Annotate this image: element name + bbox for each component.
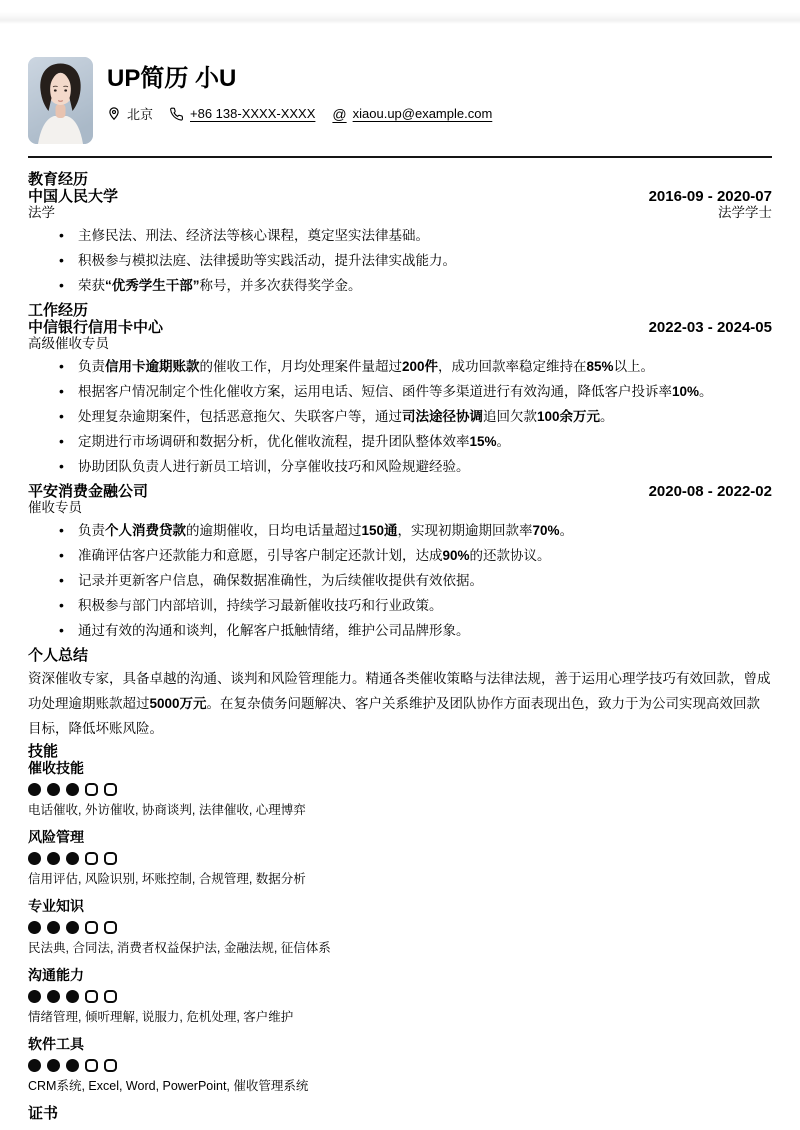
bullet-item: 负责个人消费贷款的逾期催收，日均电话量超过150通，实现初期逾期回款率70%。 bbox=[28, 522, 772, 539]
skill-dot-empty bbox=[85, 852, 98, 865]
skill-dot-filled bbox=[66, 1059, 79, 1072]
skill-group-name: 专业知识 bbox=[28, 898, 772, 915]
major: 法学 bbox=[28, 205, 55, 221]
skill-keywords: CRM系统, Excel, Word, PowerPoint, 催收管理系统 bbox=[28, 1078, 772, 1094]
skill-group: 软件工具CRM系统, Excel, Word, PowerPoint, 催收管理… bbox=[28, 1036, 772, 1094]
skill-keywords: 民法典, 合同法, 消费者权益保护法, 金融法规, 征信体系 bbox=[28, 940, 772, 956]
skill-dot-filled bbox=[28, 783, 41, 796]
job-entry-head: 平安消费金融公司2020-08 - 2022-02 bbox=[28, 483, 772, 500]
skill-dot-filled bbox=[66, 990, 79, 1003]
job-entry-head: 中信银行信用卡中心2022-03 - 2024-05 bbox=[28, 319, 772, 336]
company-name: 平安消费金融公司 bbox=[28, 483, 148, 500]
skill-dot-filled bbox=[28, 852, 41, 865]
section-title-certificates: 证书 bbox=[28, 1105, 772, 1122]
job-entry-sub: 催收专员 bbox=[28, 500, 772, 516]
phone-icon bbox=[170, 107, 184, 121]
skill-group-name: 沟通能力 bbox=[28, 967, 772, 984]
skill-dot-filled bbox=[47, 921, 60, 934]
section-education: 教育经历 中国人民大学 2016-09 - 2020-07 法学 法学学士 主修… bbox=[28, 171, 772, 294]
skill-dot-empty bbox=[104, 852, 117, 865]
job-role: 催收专员 bbox=[28, 500, 82, 516]
contact-row: 北京 +86 138-XXXX-XXXX @ xiaou.up@example.… bbox=[107, 104, 492, 123]
skill-dot-filled bbox=[66, 852, 79, 865]
education-bullets: 主修民法、刑法、经济法等核心课程，奠定坚实法律基础。积极参与模拟法庭、法律援助等… bbox=[28, 227, 772, 294]
profile-photo-image bbox=[28, 57, 93, 144]
skill-dot-filled bbox=[47, 990, 60, 1003]
skill-group: 沟通能力情绪管理, 倾听理解, 说服力, 危机处理, 客户维护 bbox=[28, 967, 772, 1025]
job-entry-sub: 高级催收专员 bbox=[28, 336, 772, 352]
skill-group: 风险管理信用评估, 风险识别, 坏账控制, 合规管理, 数据分析 bbox=[28, 829, 772, 887]
job-dates: 2020-08 - 2022-02 bbox=[649, 483, 772, 500]
section-title-skills: 技能 bbox=[28, 743, 772, 760]
skill-group-list: 催收技能电话催收, 外访催收, 协商谈判, 法律催收, 心理博弈风险管理信用评估… bbox=[28, 760, 772, 1094]
skill-dot-empty bbox=[104, 1059, 117, 1072]
skill-dot-filled bbox=[66, 783, 79, 796]
section-certificates: 证书 bbox=[28, 1105, 772, 1122]
skill-level-dots bbox=[28, 783, 772, 796]
job-bullets: 负责信用卡逾期账款的催收工作，月均处理案件量超过200件，成功回款率稳定维持在8… bbox=[28, 358, 772, 475]
job-dates: 2022-03 - 2024-05 bbox=[649, 319, 772, 336]
profile-photo bbox=[28, 57, 93, 144]
section-summary: 个人总结 资深催收专家，具备卓越的沟通、谈判和风险管理能力。精通各类催收策略与法… bbox=[28, 647, 772, 741]
skill-group: 专业知识民法典, 合同法, 消费者权益保护法, 金融法规, 征信体系 bbox=[28, 898, 772, 956]
skill-dot-empty bbox=[85, 921, 98, 934]
company-name: 中信银行信用卡中心 bbox=[28, 319, 163, 336]
header-divider bbox=[28, 156, 772, 158]
skill-keywords: 电话催收, 外访催收, 协商谈判, 法律催收, 心理博弈 bbox=[28, 802, 772, 818]
section-title-summary: 个人总结 bbox=[28, 647, 772, 664]
section-skills: 技能 催收技能电话催收, 外访催收, 协商谈判, 法律催收, 心理博弈风险管理信… bbox=[28, 743, 772, 1094]
bullet-item: 协助团队负责人进行新员工培训，分享催收技巧和风险规避经验。 bbox=[28, 458, 772, 475]
bullet-item: 荣获“优秀学生干部”称号，并多次获得奖学金。 bbox=[28, 277, 772, 294]
header-identity: UP简历 小U 北京 +86 138-XXXX-XXXX @ bbox=[107, 57, 492, 144]
skill-keywords: 情绪管理, 倾听理解, 说服力, 危机处理, 客户维护 bbox=[28, 1009, 772, 1025]
skill-dot-empty bbox=[104, 783, 117, 796]
skill-level-dots bbox=[28, 921, 772, 934]
bullet-item: 负责信用卡逾期账款的催收工作，月均处理案件量超过200件，成功回款率稳定维持在8… bbox=[28, 358, 772, 375]
bullet-item: 根据客户情况制定个性化催收方案，运用电话、短信、函件等多渠道进行有效沟通，降低客… bbox=[28, 383, 772, 400]
location-pin-icon bbox=[107, 106, 121, 121]
bullet-item: 通过有效的沟通和谈判，化解客户抵触情绪，维护公司品牌形象。 bbox=[28, 622, 772, 639]
skill-dot-filled bbox=[47, 783, 60, 796]
bullet-item: 记录并更新客户信息，确保数据准确性，为后续催收提供有效依据。 bbox=[28, 572, 772, 589]
bullet-item: 准确评估客户还款能力和意愿，引导客户制定还款计划，达成90%的还款协议。 bbox=[28, 547, 772, 564]
skill-group-name: 风险管理 bbox=[28, 829, 772, 846]
skill-level-dots bbox=[28, 990, 772, 1003]
skill-level-dots bbox=[28, 1059, 772, 1072]
bullet-item: 积极参与部门内部培训，持续学习最新催收技巧和行业政策。 bbox=[28, 597, 772, 614]
skill-level-dots bbox=[28, 852, 772, 865]
summary-text: 资深催收专家，具备卓越的沟通、谈判和风险管理能力。精通各类催收策略与法律法规，善… bbox=[28, 666, 772, 741]
skill-dot-empty bbox=[85, 1059, 98, 1072]
skill-group-name: 催收技能 bbox=[28, 760, 772, 777]
job-bullets: 负责个人消费贷款的逾期催收，日均电话量超过150通，实现初期逾期回款率70%。准… bbox=[28, 522, 772, 639]
location-text: 北京 bbox=[127, 104, 153, 123]
skill-dot-filled bbox=[47, 852, 60, 865]
job-entry: 中信银行信用卡中心2022-03 - 2024-05高级催收专员负责信用卡逾期账… bbox=[28, 319, 772, 475]
skill-group-name: 软件工具 bbox=[28, 1036, 772, 1053]
skill-dot-filled bbox=[66, 921, 79, 934]
email-text: xiaou.up@example.com bbox=[353, 106, 493, 121]
skill-dot-filled bbox=[28, 921, 41, 934]
education-dates: 2016-09 - 2020-07 bbox=[649, 188, 772, 205]
education-entry-head: 中国人民大学 2016-09 - 2020-07 bbox=[28, 188, 772, 205]
job-entry: 平安消费金融公司2020-08 - 2022-02催收专员负责个人消费贷款的逾期… bbox=[28, 483, 772, 639]
page-top-shadow bbox=[0, 12, 800, 24]
section-title-work: 工作经历 bbox=[28, 302, 772, 319]
skill-group: 催收技能电话催收, 外访催收, 协商谈判, 法律催收, 心理博弈 bbox=[28, 760, 772, 818]
job-list: 中信银行信用卡中心2022-03 - 2024-05高级催收专员负责信用卡逾期账… bbox=[28, 319, 772, 639]
school-name: 中国人民大学 bbox=[28, 188, 118, 205]
skill-dot-empty bbox=[85, 783, 98, 796]
skill-dot-filled bbox=[47, 1059, 60, 1072]
skill-dot-filled bbox=[28, 990, 41, 1003]
location-item: 北京 bbox=[107, 104, 153, 123]
section-work: 工作经历 中信银行信用卡中心2022-03 - 2024-05高级催收专员负责信… bbox=[28, 302, 772, 639]
phone-text: +86 138-XXXX-XXXX bbox=[190, 106, 315, 121]
job-role: 高级催收专员 bbox=[28, 336, 109, 352]
section-title-education: 教育经历 bbox=[28, 171, 772, 188]
candidate-name: UP简历 小U bbox=[107, 65, 492, 93]
skill-dot-empty bbox=[104, 990, 117, 1003]
skill-keywords: 信用评估, 风险识别, 坏账控制, 合规管理, 数据分析 bbox=[28, 871, 772, 887]
skill-dot-filled bbox=[28, 1059, 41, 1072]
resume-header: UP简历 小U 北京 +86 138-XXXX-XXXX @ bbox=[28, 57, 772, 144]
bullet-item: 处理复杂逾期案件，包括恶意拖欠、失联客户等，通过司法途径协调追回欠款100余万元… bbox=[28, 408, 772, 425]
at-icon: @ bbox=[332, 106, 346, 122]
degree: 法学学士 bbox=[718, 205, 772, 221]
bullet-item: 主修民法、刑法、经济法等核心课程，奠定坚实法律基础。 bbox=[28, 227, 772, 244]
email-link[interactable]: @ xiaou.up@example.com bbox=[332, 106, 492, 122]
bullet-item: 定期进行市场调研和数据分析，优化催收流程，提升团队整体效率15%。 bbox=[28, 433, 772, 450]
skill-dot-empty bbox=[85, 990, 98, 1003]
phone-link[interactable]: +86 138-XXXX-XXXX bbox=[170, 106, 315, 121]
resume-page: UP简历 小U 北京 +86 138-XXXX-XXXX @ bbox=[0, 57, 800, 1122]
skill-dot-empty bbox=[104, 921, 117, 934]
education-entry-sub: 法学 法学学士 bbox=[28, 205, 772, 221]
bullet-item: 积极参与模拟法庭、法律援助等实践活动，提升法律实战能力。 bbox=[28, 252, 772, 269]
